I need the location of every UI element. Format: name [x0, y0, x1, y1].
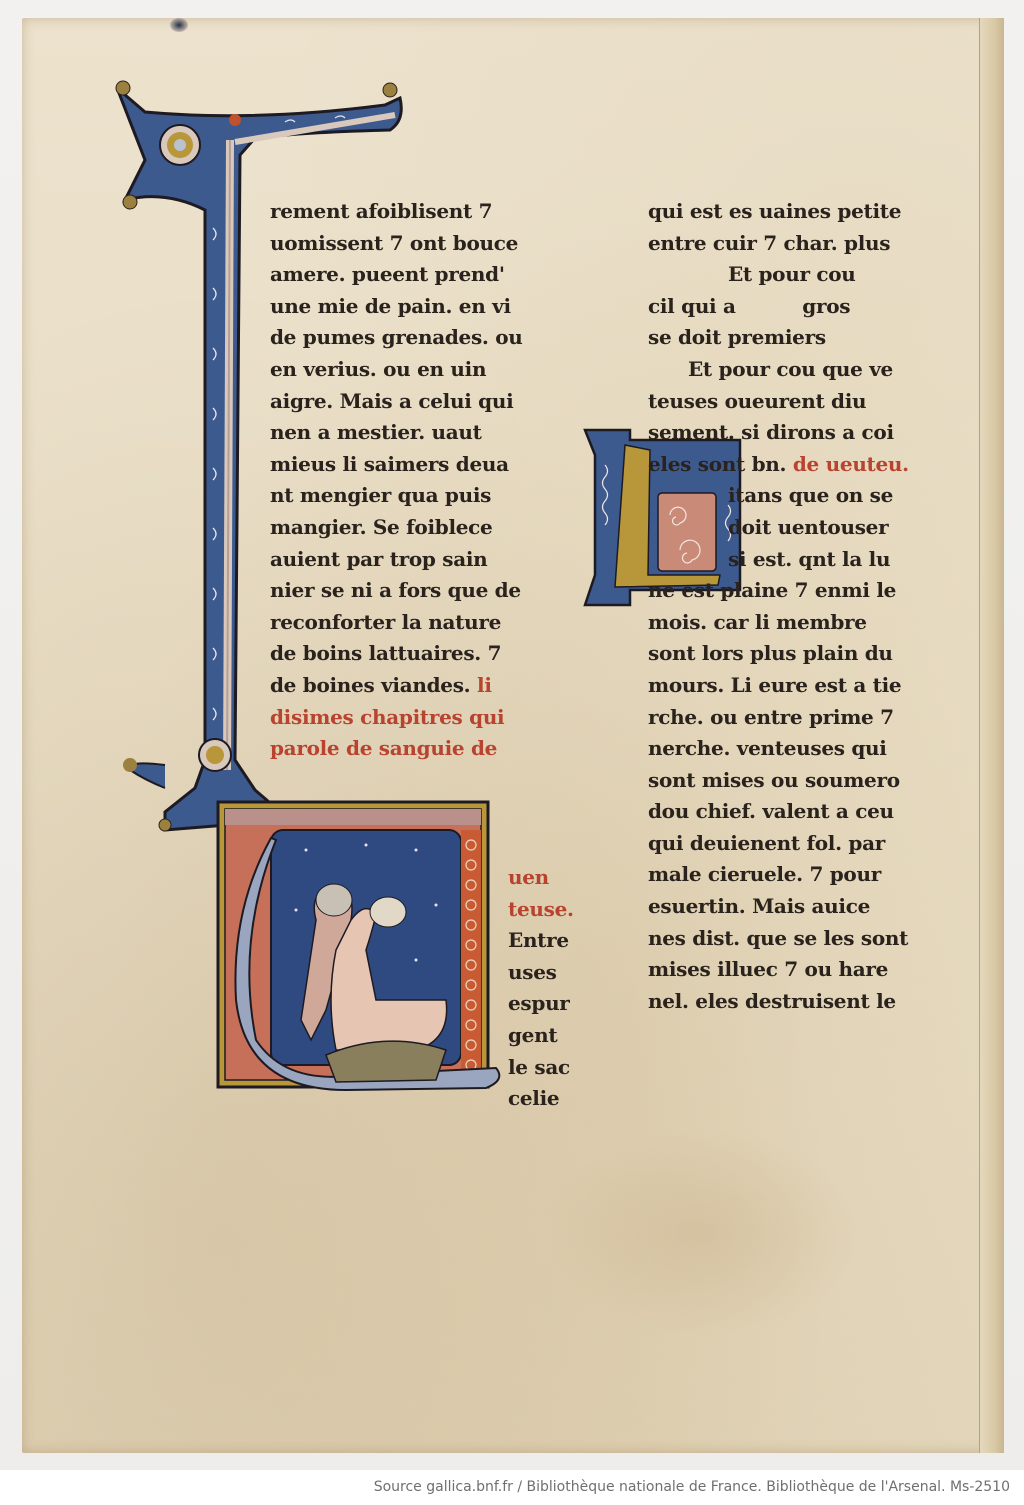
text-line: mois. car li membre: [648, 607, 958, 639]
text-line: une mie de pain. en vi: [270, 291, 580, 323]
text-segment: mises illuec 7 ou hare: [648, 957, 888, 981]
text-segment: entre cuir 7 char. plus: [648, 231, 890, 255]
text-segment: ne est plaine 7 enmi le: [648, 578, 896, 602]
text-segment: si est. qnt la lu: [648, 547, 890, 571]
text-segment: Et pour cou que ve: [648, 357, 893, 381]
source-attribution: Source gallica.bnf.fr / Bibliothèque nat…: [374, 1479, 1010, 1495]
text-line: rche. ou entre prime 7: [648, 702, 958, 734]
text-line: nier se ni a fors que de: [270, 575, 580, 607]
text-line: uomissent 7 ont bouce: [270, 228, 580, 260]
text-segment: sont lors plus plain du: [648, 641, 893, 665]
text-segment: doit uentouser: [648, 515, 888, 539]
text-line: uses: [508, 957, 588, 989]
text-column-right: qui est es uaines petiteentre cuir 7 cha…: [648, 196, 958, 1017]
rubric-line: teuse.: [508, 894, 588, 926]
text-line: sont mises ou soumero: [648, 765, 958, 797]
text-line: esuertin. Mais auice: [648, 891, 958, 923]
text-line: mangier. Se foiblece: [270, 512, 580, 544]
text-segment: qui est es uaines petite: [648, 199, 901, 223]
text-segment: eles sont bn.: [648, 452, 793, 476]
text-line: se doit premiers: [648, 322, 958, 354]
text-segment: rche. ou entre prime 7: [648, 705, 894, 729]
text-segment: dou chief. valent a ceu: [648, 799, 894, 823]
text-segment: itans que on se: [648, 483, 893, 507]
text-line: Et pour cou que ve: [648, 354, 958, 386]
text-line: reconforter la nature: [270, 607, 580, 639]
water-stain: [542, 1128, 862, 1338]
text-segment: qui deuienent fol. par: [648, 831, 885, 855]
text-segment: teuses oueurent diu: [648, 389, 866, 413]
text-line: cil qui a gros: [648, 291, 958, 323]
text-segment: Et pour cou: [648, 262, 856, 286]
rubric-line: disimes chapitres qui: [270, 702, 580, 734]
text-segment: nel. eles destruisent le: [648, 989, 896, 1013]
text-line: amere. pueent prend': [270, 259, 580, 291]
historiated-initial-icon: [216, 800, 506, 1094]
text-line: nel. eles destruisent le: [648, 986, 958, 1018]
text-line: auient par trop sain: [270, 544, 580, 576]
text-line: nt mengier qua puis: [270, 480, 580, 512]
text-line: entre cuir 7 char. plus: [648, 228, 958, 260]
text-line: mieus li saimers deua: [270, 449, 580, 481]
text-line: rement afoiblisent 7: [270, 196, 580, 228]
text-line: mises illuec 7 ou hare: [648, 954, 958, 986]
text-line: celie: [508, 1083, 588, 1115]
text-segment: male cieruele. 7 pour: [648, 862, 881, 886]
text-line: si est. qnt la lu: [648, 544, 958, 576]
ink-blot: [170, 18, 188, 32]
text-line: dou chief. valent a ceu: [648, 796, 958, 828]
text-line: male cieruele. 7 pour: [648, 859, 958, 891]
text-segment: nerche. venteuses qui: [648, 736, 887, 760]
rubric-line: uen: [508, 862, 588, 894]
text-line: aigre. Mais a celui qui: [270, 386, 580, 418]
text-line: qui est es uaines petite: [648, 196, 958, 228]
text-line: de boines viandes. li: [270, 670, 580, 702]
text-line: espur: [508, 988, 588, 1020]
text-line: Et pour cou: [648, 259, 958, 291]
text-segment: mours. Li eure est a tie: [648, 673, 901, 697]
text-line: itans que on se: [648, 480, 958, 512]
folio-edge: [979, 18, 1004, 1453]
text-segment: cil qui a gros: [648, 294, 850, 318]
text-line: teuses oueurent diu: [648, 386, 958, 418]
text-line: mours. Li eure est a tie: [648, 670, 958, 702]
text-line: nen a mestier. uaut: [270, 417, 580, 449]
text-segment: esuertin. Mais auice: [648, 894, 870, 918]
rubric-text: de ueuteu.: [793, 452, 909, 476]
text-line: gent: [508, 1020, 588, 1052]
text-segment: nes dist. que se les sont: [648, 926, 908, 950]
text-line: doit uentouser: [648, 512, 958, 544]
text-line: de boins lattuaires. 7: [270, 638, 580, 670]
text-line: en verius. ou en uin: [270, 354, 580, 386]
text-column-narrow: uen teuse. Entre uses espur gent le sac …: [508, 862, 588, 1115]
text-segment: se doit premiers: [648, 325, 826, 349]
text-line: nes dist. que se les sont: [648, 923, 958, 955]
rubric-text: li: [477, 673, 492, 697]
text-line: nerche. venteuses qui: [648, 733, 958, 765]
text-segment: de boines viandes.: [270, 673, 470, 697]
text-segment: mois. car li membre: [648, 610, 867, 634]
text-line: ne est plaine 7 enmi le: [648, 575, 958, 607]
source-footer: Source gallica.bnf.fr / Bibliothèque nat…: [0, 1470, 1024, 1505]
text-segment: sement. si dirons a coi: [648, 420, 894, 444]
rubric-line: parole de sanguie de: [270, 733, 580, 765]
text-line: Entre: [508, 925, 588, 957]
text-column-left: rement afoiblisent 7 uomissent 7 ont bou…: [270, 196, 580, 765]
text-line: de pumes grenades. ou: [270, 322, 580, 354]
text-line: eles sont bn. de ueuteu.: [648, 449, 958, 481]
text-line: sement. si dirons a coi: [648, 417, 958, 449]
text-segment: sont mises ou soumero: [648, 768, 900, 792]
text-line: sont lors plus plain du: [648, 638, 958, 670]
text-line: qui deuienent fol. par: [648, 828, 958, 860]
text-line: le sac: [508, 1052, 588, 1084]
